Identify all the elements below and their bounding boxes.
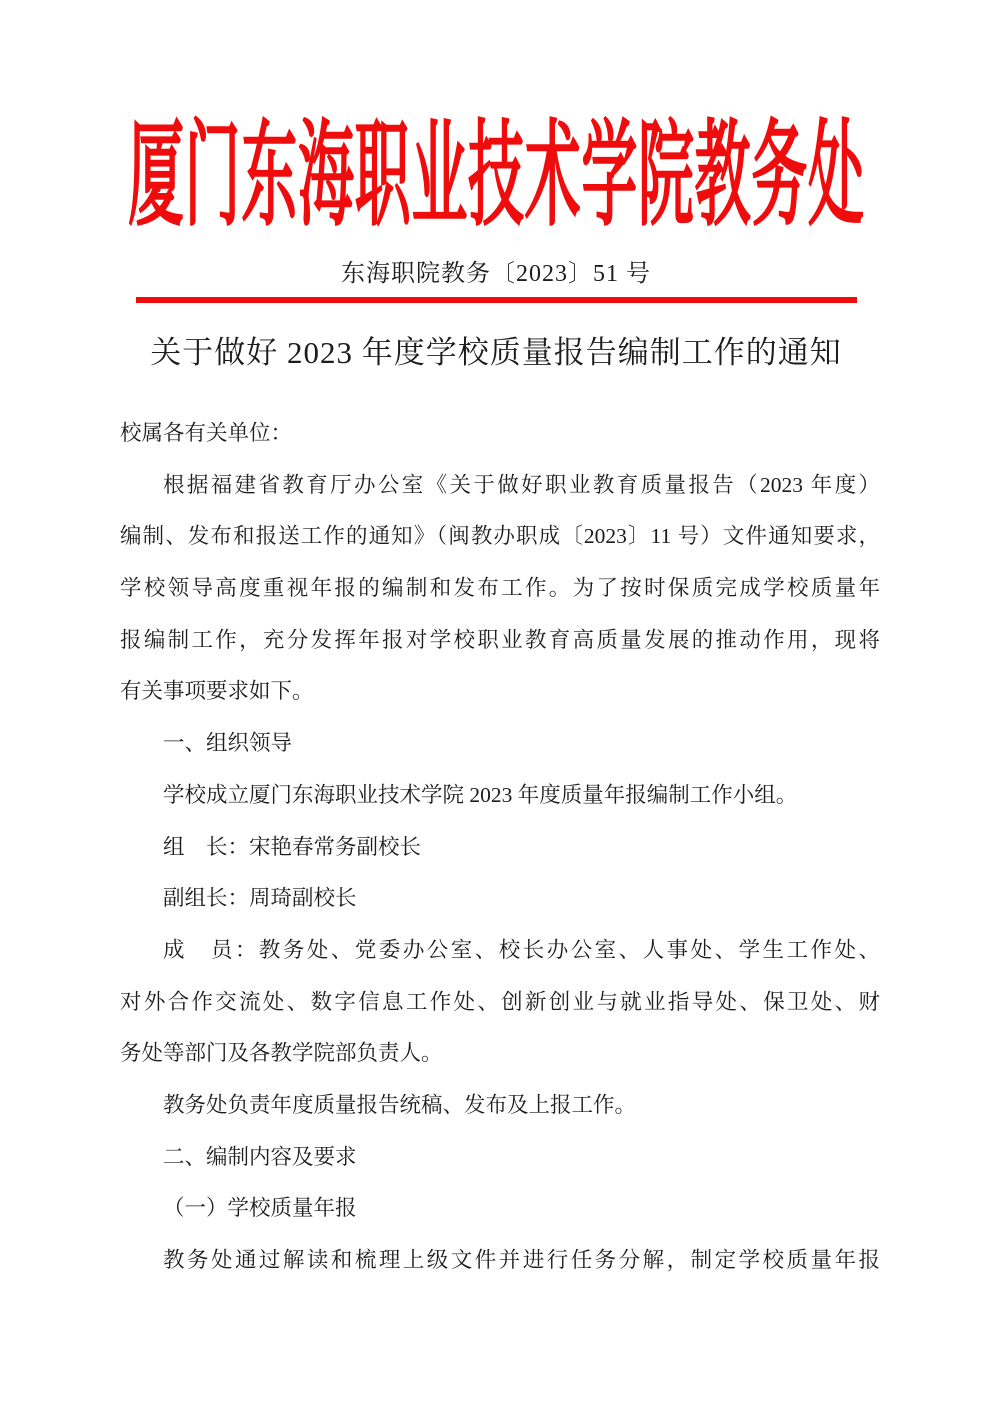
body-line: 学校领导高度重视年报的编制和发布工作。为了按时保质完成学校质量年 (120, 563, 880, 615)
notice-title: 关于做好 2023 年度学校质量报告编制工作的通知 (0, 332, 992, 374)
org-title: 厦门东海职业技术学院教务处 (128, 118, 864, 237)
document-number: 东海职院教务〔2023〕51 号 (0, 257, 992, 291)
body-line: 务处等部门及各教学院部负责人。 (120, 1028, 880, 1080)
body-line: 成 员：教务处、党委办公室、校长办公室、人事处、学生工作处、 (120, 925, 880, 977)
document-body: 校属各有关单位：根据福建省教育厅办公室《关于做好职业教育质量报告（2023 年度… (120, 408, 880, 1287)
body-line: 组 长：宋艳春常务副校长 (120, 822, 880, 874)
body-line: 学校成立厦门东海职业技术学院 2023 年度质量年报编制工作小组。 (120, 770, 880, 822)
body-line: 对外合作交流处、数字信息工作处、创新创业与就业指导处、保卫处、财 (120, 977, 880, 1029)
body-line: 一、组织领导 (120, 718, 880, 770)
body-line: 二、编制内容及要求 (120, 1132, 880, 1184)
body-line: （一）学校质量年报 (120, 1183, 880, 1235)
body-line: 教务处通过解读和梳理上级文件并进行任务分解，制定学校质量年报 (120, 1235, 880, 1287)
body-line: 副组长：周琦副校长 (120, 873, 880, 925)
body-line: 编制、发布和报送工作的通知》（闽教办职成〔2023〕11 号）文件通知要求， (120, 511, 880, 563)
document-page: 厦门东海职业技术学院教务处 东海职院教务〔2023〕51 号 关于做好 2023… (0, 0, 992, 1403)
body-line: 有关事项要求如下。 (120, 666, 880, 718)
body-line: 报编制工作，充分发挥年报对学校职业教育高质量发展的推动作用，现将 (120, 615, 880, 667)
body-line: 校属各有关单位： (120, 408, 880, 460)
red-rule-divider (136, 297, 857, 303)
masthead: 厦门东海职业技术学院教务处 (128, 118, 864, 240)
body-line: 根据福建省教育厅办公室《关于做好职业教育质量报告（2023 年度） (120, 460, 880, 512)
body-line: 教务处负责年度质量报告统稿、发布及上报工作。 (120, 1080, 880, 1132)
